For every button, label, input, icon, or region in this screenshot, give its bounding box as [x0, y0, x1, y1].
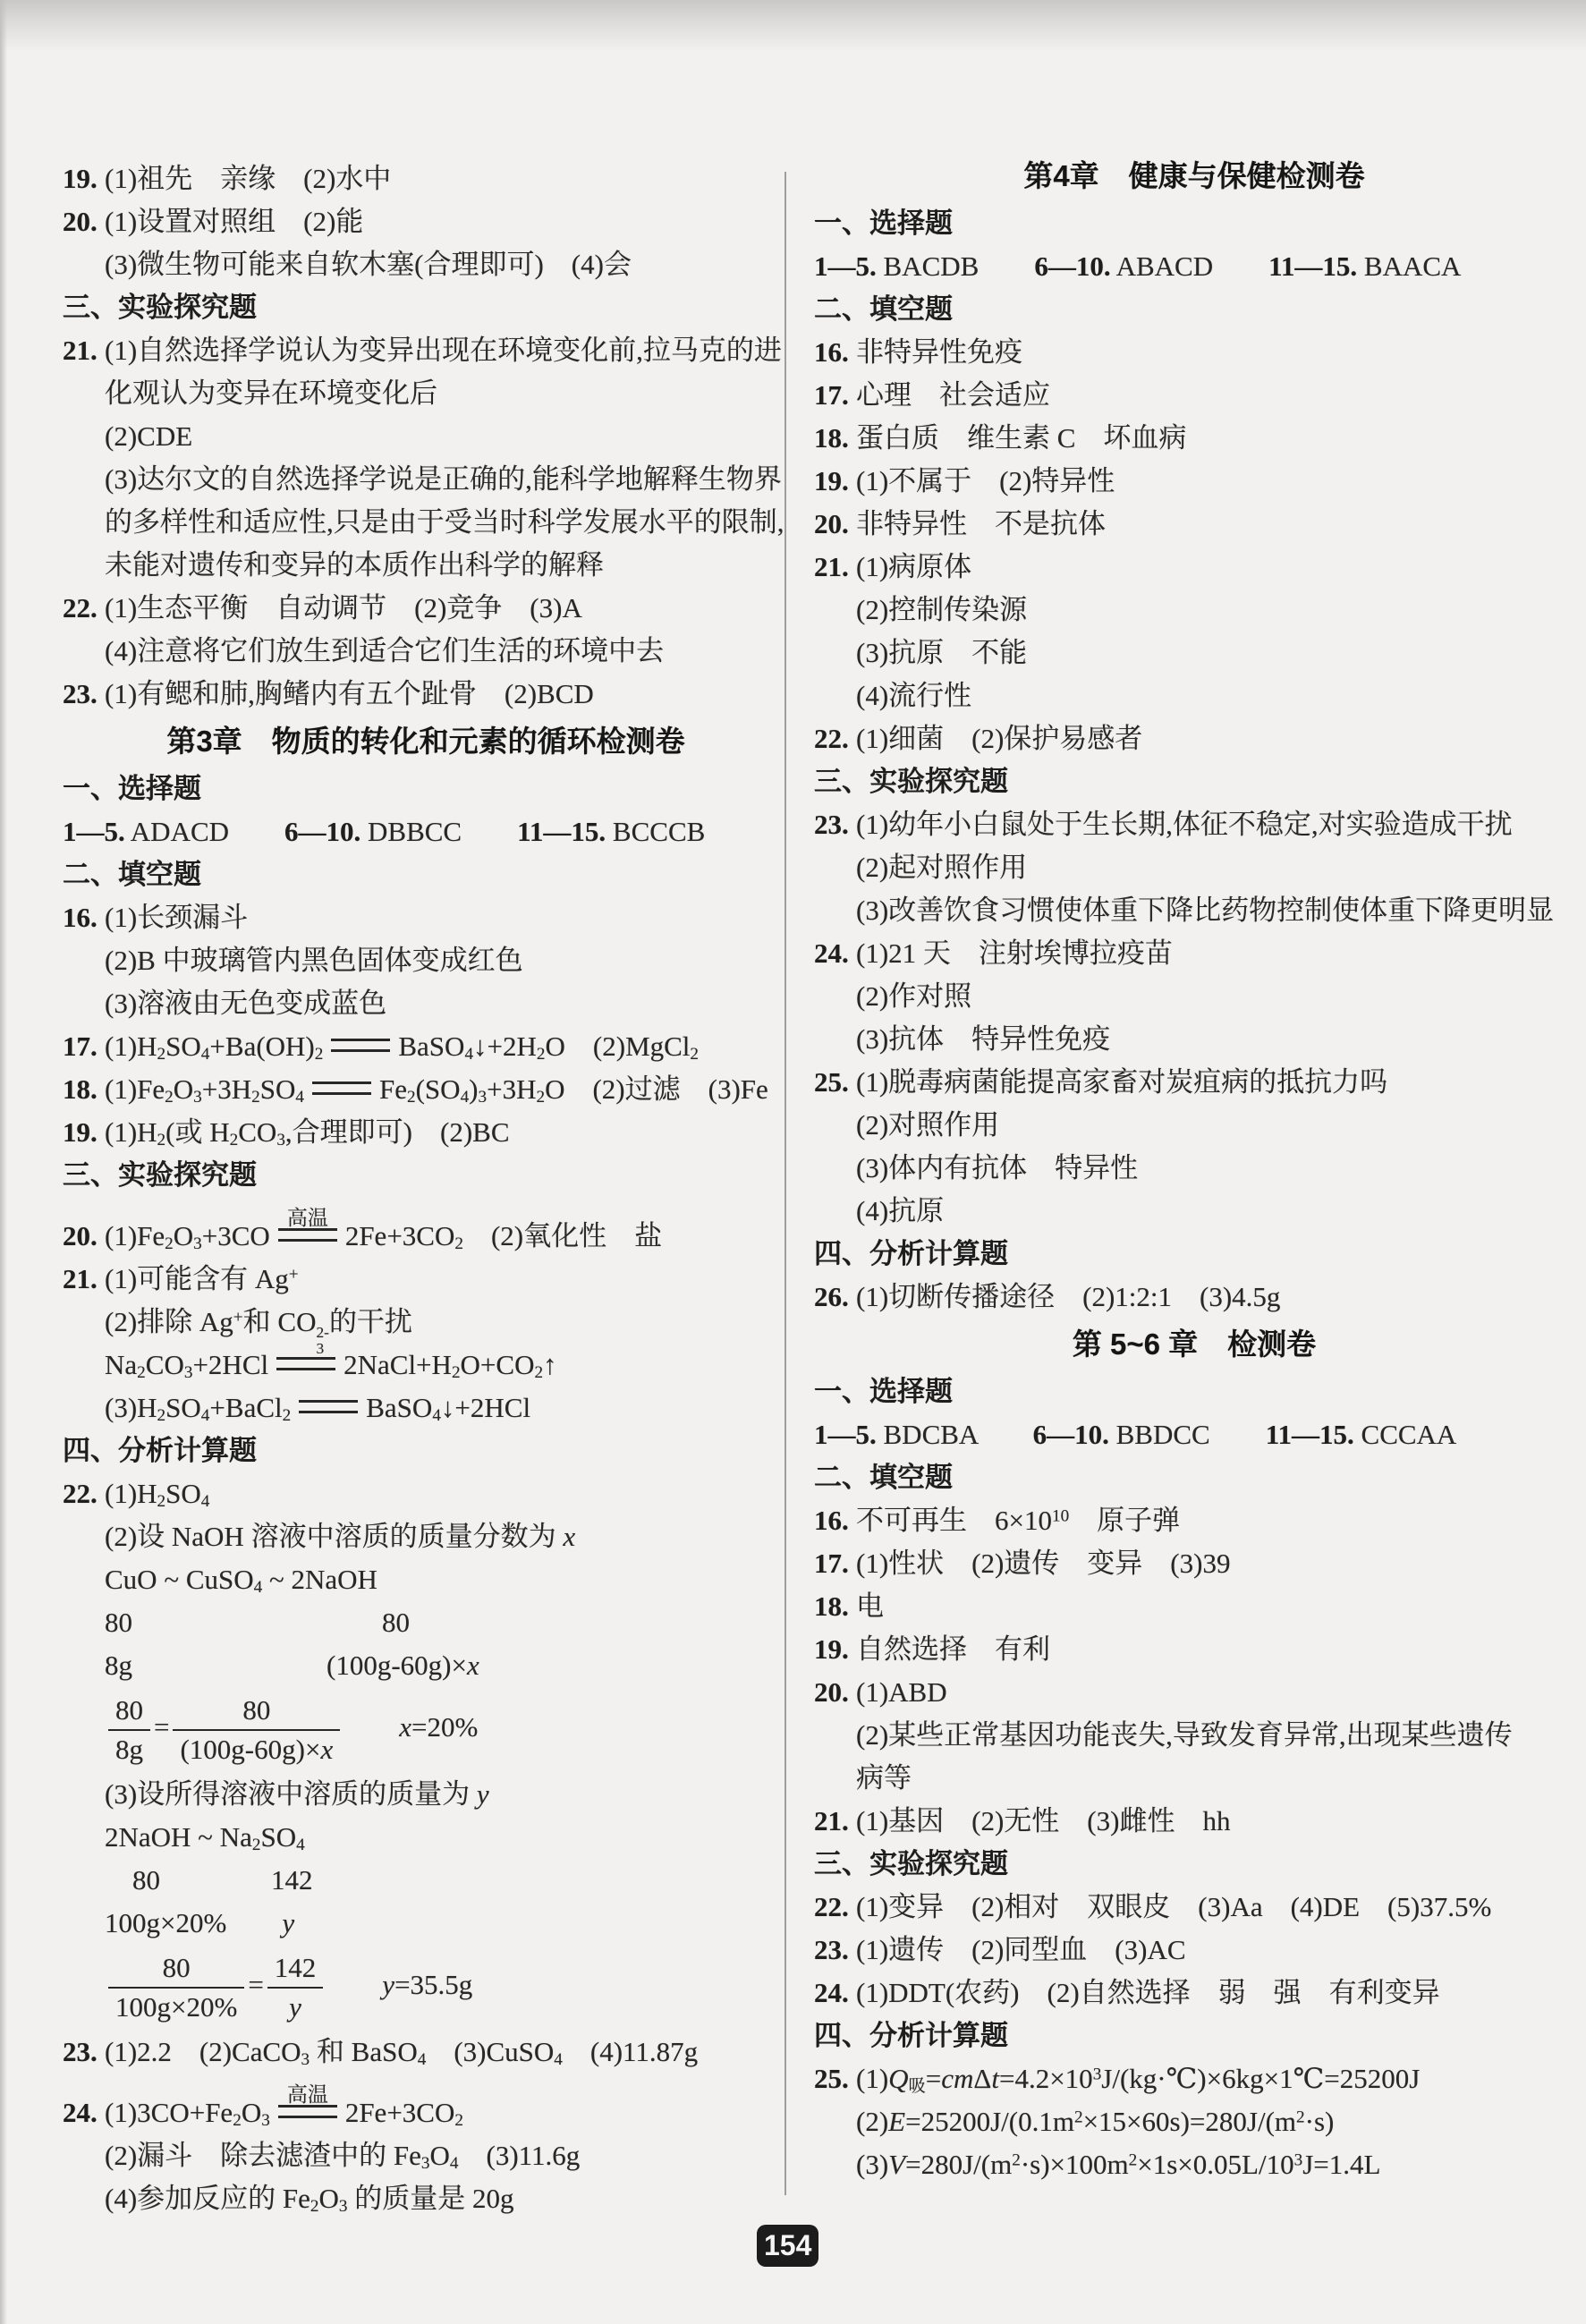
line-text: (1)幼年小白鼠处于生长期,体征不稳定,对实验造成干扰 [856, 809, 1513, 840]
double-equals-sign [299, 1400, 358, 1413]
line-text: 1—5. BACDB 6—10. ABACD 11—15. BAACA [814, 250, 1461, 282]
line-text: 二、填空题 [814, 1462, 953, 1493]
line-text: 四、分析计算题 [814, 1238, 1008, 1269]
item-number: 16. [814, 331, 849, 374]
answer-item: 21.(1)基因 (2)无性 (3)雌性 hh [814, 1800, 1574, 1843]
line-text: (1)有鳃和肺,胸鳍内有五个趾骨 (2)BCD [105, 678, 594, 709]
item-number: 26. [814, 1276, 849, 1319]
line-text: (1)病原体 [856, 551, 971, 582]
chapter-heading: 第 5~6 章 检测卷 [814, 1319, 1574, 1370]
double-equals-sign [312, 1081, 371, 1095]
answer-continuation-line: (3)抗原 不能 [814, 632, 1574, 674]
line-text: 第4章 健康与保健检测卷 [1023, 159, 1364, 192]
column-divider [785, 172, 786, 2195]
item-number: 21. [814, 1800, 849, 1843]
line-text: (4)流行性 [856, 680, 971, 711]
line-text: 未能对遗传和变异的本质作出科学的解释 [105, 549, 604, 581]
line-text: 心理 社会适应 [856, 379, 1050, 411]
item-number: 23. [63, 673, 98, 716]
line-text: (1)脱毒病菌能提高家畜对炭疽病的抵抗力吗 [856, 1066, 1387, 1098]
item-number: 17. [814, 374, 849, 417]
line-text: (2)漏斗 除去滤渣中的 Fe3O4 (3)11.6g [105, 2140, 580, 2171]
line-text: 一、选择题 [63, 773, 201, 804]
answer-item: 19.自然选择 有利 [814, 1628, 1574, 1671]
line-text: (1)长颈漏斗 [105, 902, 248, 933]
line-text: 三、实验探究题 [63, 1159, 257, 1191]
line-text: (2)E=25200J/(0.1m2×15×60s)=280J/(m2·s) [856, 2106, 1334, 2137]
double-equals-sign: 高温 [278, 1228, 337, 1242]
line-text: (3)抗原 不能 [856, 637, 1027, 668]
answer-item: 22.(1)变异 (2)相对 双眼皮 (3)Aa (4)DE (5)37.5% [814, 1886, 1574, 1929]
item-number: 23. [814, 1929, 849, 1972]
answer-item: 20.非特异性 不是抗体 [814, 503, 1574, 546]
line-text: 蛋白质 维生素 C 坏血病 [856, 422, 1186, 454]
answer-item: 25.(1)Q吸=cmΔt=4.2×103J/(kg·℃)×6kg×1℃=252… [814, 2057, 1574, 2100]
line-text: (1)自然选择学说认为变异出现在环境变化前,拉马克的进 [105, 335, 782, 366]
line-text: (2)起对照作用 [856, 852, 1027, 883]
answer-continuation-line: (2)B 中玻璃管内黑色固体变成红色 [63, 939, 789, 982]
line-text: (3)溶液由无色变成蓝色 [105, 988, 386, 1019]
answer-continuation-line: 的多样性和适应性,只是由于受当时科学发展水平的限制, [63, 501, 789, 544]
item-number: 18. [814, 1585, 849, 1628]
line-text: (3)抗体 特异性免疫 [856, 1023, 1110, 1055]
section-heading: 二、填空题 [814, 288, 1574, 331]
line-text: (2)CDE [105, 420, 192, 452]
line-text: 四、分析计算题 [63, 1435, 257, 1466]
answer-item: 20.(1)Fe2O3+3CO高温2Fe+3CO2 (2)氧化性 盐 [63, 1197, 789, 1258]
answer-continuation-line: 未能对遗传和变异的本质作出科学的解释 [63, 544, 789, 587]
line-text: (1)H2SO4 [105, 1478, 209, 1509]
answer-item: 19.(1)H2(或 H2CO3,合理即可) (2)BC [63, 1111, 789, 1154]
choice-answers-row: 1—5. ADACD 6—10. DBBCC 11—15. BCCCB [63, 810, 789, 853]
line-text: (3)达尔文的自然选择学说是正确的,能科学地解释生物界 [105, 463, 782, 495]
line-text: 非特异性免疫 [856, 336, 1022, 368]
answer-continuation-line: 80 142 [63, 1859, 789, 1902]
line-text: (3)微生物可能来自软木塞(合理即可) (4)会 [105, 249, 632, 280]
line-text: 非特异性 不是抗体 [856, 508, 1106, 539]
line-text: 三、实验探究题 [814, 1848, 1008, 1879]
line-text: 二、填空题 [63, 859, 201, 890]
line-text: (1)生态平衡 自动调节 (2)竞争 (3)A [105, 592, 582, 623]
answer-item: 18.蛋白质 维生素 C 坏血病 [814, 417, 1574, 460]
line-text: (1)变异 (2)相对 双眼皮 (3)Aa (4)DE (5)37.5% [856, 1891, 1491, 1922]
line-text: 自然选择 有利 [856, 1633, 1050, 1665]
answer-continuation-line: (2)设 NaOH 溶液中溶质的质量分数为 x [63, 1515, 789, 1558]
calculation-fraction-row: 80100g×20%=142y y=35.5g [63, 1945, 789, 2031]
answer-continuation-line: (3)达尔文的自然选择学说是正确的,能科学地解释生物界 [63, 458, 789, 501]
answer-continuation-line: (2)CDE [63, 415, 789, 458]
answer-item: 24.(1)DDT(农药) (2)自然选择 弱 强 有利变异 [814, 1972, 1574, 2014]
line-text: 电 [856, 1590, 884, 1622]
item-number: 25. [814, 1061, 849, 1104]
answer-item: 22.(1)生态平衡 自动调节 (2)竞争 (3)A [63, 587, 789, 630]
fraction: 80(100g-60g)×x [173, 1692, 340, 1768]
right-column: 第4章 健康与保健检测卷一、选择题1—5. BACDB 6—10. ABACD … [814, 150, 1574, 2186]
line-text: 三、实验探究题 [63, 292, 257, 323]
line-text: (1)遗传 (2)同型血 (3)AC [856, 1934, 1186, 1965]
answer-item: 19.(1)祖先 亲缘 (2)水中 [63, 157, 789, 200]
answer-continuation-line: (3)体内有抗体 特异性 [814, 1147, 1574, 1190]
line-text: 100g×20% y [105, 1907, 294, 1938]
item-number: 22. [814, 717, 849, 760]
left-column: 19.(1)祖先 亲缘 (2)水中20.(1)设置对照组 (2)能(3)微生物可… [63, 157, 789, 2220]
line-text: (1)基因 (2)无性 (3)雌性 hh [856, 1805, 1230, 1836]
answer-continuation-line: (3)抗体 特异性免疫 [814, 1018, 1574, 1061]
line-text: (3)体内有抗体 特异性 [856, 1152, 1138, 1183]
answer-continuation-line: (2)漏斗 除去滤渣中的 Fe3O4 (3)11.6g [63, 2134, 789, 2177]
answer-continuation-line: 80 80 [63, 1601, 789, 1644]
item-number: 23. [63, 2031, 98, 2074]
line-text: (1)细菌 (2)保护易感者 [856, 723, 1142, 754]
item-number: 16. [814, 1499, 849, 1542]
choice-answers-row: 1—5. BACDB 6—10. ABACD 11—15. BAACA [814, 245, 1574, 288]
line-text: 化观认为变异在环境变化后 [105, 377, 437, 409]
line-text: (1)H2(或 H2CO3,合理即可) (2)BC [105, 1116, 510, 1148]
line-text: 2NaOH ~ Na2SO4 [105, 1821, 305, 1853]
answer-continuation-line: (4)注意将它们放生到适合它们生活的环境中去 [63, 630, 789, 673]
reaction-condition-label: 高温 [287, 2084, 328, 2105]
item-number: 21. [63, 1258, 98, 1301]
answer-continuation-line: (2)控制传染源 [814, 589, 1574, 632]
line-text: 一、选择题 [814, 208, 953, 239]
line-text: (1)Q吸=cmΔt=4.2×103J/(kg·℃)×6kg×1℃=25200J [856, 2063, 1420, 2094]
line-text: 四、分析计算题 [814, 2020, 1008, 2051]
line-text: CuO ~ CuSO4 ~ 2NaOH [105, 1564, 377, 1595]
section-heading: 三、实验探究题 [63, 286, 789, 329]
answer-item: 17.(1)性状 (2)遗传 变异 (3)39 [814, 1542, 1574, 1585]
answer-continuation-line: (2)某些正常基因功能丧失,导致发育异常,出现某些遗传 [814, 1714, 1574, 1757]
line-text: (1)切断传播途径 (2)1:2:1 (3)4.5g [856, 1281, 1280, 1312]
item-number: 24. [63, 2091, 98, 2134]
line-text: 8g (100g-60g)×x [105, 1650, 479, 1681]
line-text: 第 5~6 章 检测卷 [1073, 1327, 1316, 1361]
item-number: 25. [814, 2057, 849, 2100]
page-number-badge: 154 [757, 2225, 818, 2267]
line-text: (1)Fe2O3+3CO高温2Fe+3CO2 (2)氧化性 盐 [105, 1215, 662, 1258]
answer-item: 26.(1)切断传播途径 (2)1:2:1 (3)4.5g [814, 1276, 1574, 1319]
answer-item: 22.(1)细菌 (2)保护易感者 [814, 717, 1574, 760]
section-heading: 二、填空题 [814, 1456, 1574, 1499]
answer-item: 20.(1)设置对照组 (2)能 [63, 200, 789, 243]
item-number: 20. [814, 1671, 849, 1714]
line-text: 的多样性和适应性,只是由于受当时科学发展水平的限制, [105, 506, 785, 538]
item-number: 16. [63, 896, 98, 939]
item-number: 18. [814, 417, 849, 460]
line-text: (3)设所得溶液中溶质的质量为 y [105, 1778, 489, 1810]
answer-continuation-line: (3)溶液由无色变成蓝色 [63, 982, 789, 1025]
line-text: (1)3CO+Fe2O3高温2Fe+3CO2 [105, 2091, 463, 2134]
answer-item: 19.(1)不属于 (2)特异性 [814, 460, 1574, 503]
item-number: 19. [814, 1628, 849, 1671]
answer-continuation-line: (2)对照作用 [814, 1104, 1574, 1147]
answer-continuation-line: 化观认为变异在环境变化后 [63, 372, 789, 415]
answer-item: 22.(1)H2SO4 [63, 1472, 789, 1515]
answer-continuation-line: (3)V=280J/(m2·s)×100m2×1s×0.05L/103J=1.4… [814, 2143, 1574, 2186]
line-text: (1)ABD [856, 1676, 947, 1708]
double-equals-sign [276, 1357, 335, 1370]
line-text: 第3章 物质的转化和元素的循环检测卷 [166, 725, 684, 758]
answer-continuation-line: (3)改善饮食习惯使体重下降比药物控制使体重下降更明显 [814, 889, 1574, 932]
line-text: 1—5. ADACD 6—10. DBBCC 11—15. BCCCB [63, 816, 705, 847]
item-number: 22. [63, 1472, 98, 1515]
item-number: 19. [63, 157, 98, 200]
item-number: 20. [63, 200, 98, 243]
line-text: 80 142 [105, 1864, 313, 1896]
item-number: 20. [63, 1215, 98, 1258]
answer-item: 23.(1)遗传 (2)同型血 (3)AC [814, 1929, 1574, 1972]
line-text: (2)对照作用 [856, 1109, 999, 1141]
double-equals-sign: 高温 [278, 2105, 337, 2118]
answer-item: 18.(1)Fe2O3+3H2SO4Fe2(SO4)3+3H2O (2)过滤 (… [63, 1068, 789, 1111]
answer-item: 20.(1)ABD [814, 1671, 1574, 1714]
fraction: 808g [108, 1692, 150, 1768]
answer-continuation-line: (4)流行性 [814, 674, 1574, 717]
line-text: 1—5. BDCBA 6—10. BBDCC 11—15. CCCAA [814, 1419, 1456, 1450]
answer-key-page: 19.(1)祖先 亲缘 (2)水中20.(1)设置对照组 (2)能(3)微生物可… [0, 0, 1586, 2324]
line-text: 病等 [856, 1762, 912, 1794]
answer-continuation-line: (2)E=25200J/(0.1m2×15×60s)=280J/(m2·s) [814, 2100, 1574, 2143]
answer-continuation-line: Na2CO3+2HCl2NaCl+H2O+CO2↑ [63, 1344, 789, 1387]
fraction: 80100g×20% [108, 1949, 244, 2026]
section-heading: 一、选择题 [814, 1370, 1574, 1413]
section-heading: 四、分析计算题 [63, 1429, 789, 1472]
line-text: (3)V=280J/(m2·s)×100m2×1s×0.05L/103J=1.4… [856, 2149, 1380, 2180]
item-number: 23. [814, 803, 849, 846]
answer-item: 16.非特异性免疫 [814, 331, 1574, 374]
answer-continuation-line: (3)H2SO4+BaCl2BaSO4↓+2HCl [63, 1387, 789, 1429]
item-number: 22. [63, 587, 98, 630]
answer-item: 24.(1)21 天 注射埃博拉疫苗 [814, 932, 1574, 975]
line-text: Na2CO3+2HCl2NaCl+H2O+CO2↑ [105, 1349, 557, 1380]
item-number: 19. [814, 460, 849, 503]
reaction-condition-label: 高温 [287, 1208, 328, 1228]
line-text: (1)Fe2O3+3H2SO4Fe2(SO4)3+3H2O (2)过滤 (3)F… [105, 1073, 768, 1105]
section-heading: 四、分析计算题 [814, 1233, 1574, 1276]
line-text: (1)21 天 注射埃博拉疫苗 [856, 937, 1173, 969]
section-heading: 三、实验探究题 [814, 1843, 1574, 1886]
line-text: (1)H2SO4+Ba(OH)2BaSO4↓+2H2O (2)MgCl2 [105, 1031, 699, 1062]
choice-answers-row: 1—5. BDCBA 6—10. BBDCC 11—15. CCCAA [814, 1413, 1574, 1456]
item-number: 21. [814, 546, 849, 589]
answer-item: 23.(1)幼年小白鼠处于生长期,体征不稳定,对实验造成干扰 [814, 803, 1574, 846]
line-text: (1)DDT(农药) (2)自然选择 弱 强 有利变异 [856, 1977, 1440, 2008]
line-text: (4)注意将它们放生到适合它们生活的环境中去 [105, 635, 664, 666]
calculation-fraction-row: 808g=80(100g-60g)×x x=20% [63, 1687, 789, 1773]
answer-item: 18.电 [814, 1585, 1574, 1628]
answer-item: 21.(1)病原体 [814, 546, 1574, 589]
line-text: (3)改善饮食习惯使体重下降比药物控制使体重下降更明显 [856, 895, 1554, 926]
line-text: (2)控制传染源 [856, 594, 1027, 625]
item-number: 20. [814, 503, 849, 546]
line-text: (1)2.2 (2)CaCO3 和 BaSO4 (3)CuSO4 (4)11.8… [105, 2036, 698, 2067]
item-number: 21. [63, 329, 98, 372]
item-number: 17. [63, 1025, 98, 1068]
line-text: 不可再生 6×1010 原子弹 [856, 1505, 1180, 1536]
fraction: 142y [267, 1949, 324, 2026]
item-number: 24. [814, 1972, 849, 2014]
answer-continuation-line: 病等 [814, 1757, 1574, 1800]
answer-continuation-line: (4)参加反应的 Fe2O3 的质量是 20g [63, 2177, 789, 2220]
item-number: 24. [814, 932, 849, 975]
line-text: 80100g×20%=142y y=35.5g [105, 1949, 472, 2026]
line-text: (1)设置对照组 (2)能 [105, 206, 363, 237]
answer-continuation-line: (3)设所得溶液中溶质的质量为 y [63, 1773, 789, 1816]
answer-item: 17.心理 社会适应 [814, 374, 1574, 417]
section-heading: 一、选择题 [814, 202, 1574, 245]
answer-item: 16.不可再生 6×1010 原子弹 [814, 1499, 1574, 1542]
answer-continuation-line: CuO ~ CuSO4 ~ 2NaOH [63, 1558, 789, 1601]
answer-continuation-line: (3)微生物可能来自软木塞(合理即可) (4)会 [63, 243, 789, 286]
answer-continuation-line: 2NaOH ~ Na2SO4 [63, 1816, 789, 1859]
section-heading: 二、填空题 [63, 853, 789, 896]
answer-item: 21.(1)自然选择学说认为变异出现在环境变化前,拉马克的进 [63, 329, 789, 372]
line-text: (1)性状 (2)遗传 变异 (3)39 [856, 1548, 1230, 1579]
answer-item: 23.(1)有鳃和肺,胸鳍内有五个趾骨 (2)BCD [63, 673, 789, 716]
item-number: 17. [814, 1542, 849, 1585]
answer-continuation-line: (4)抗原 [814, 1190, 1574, 1233]
section-heading: 三、实验探究题 [63, 1154, 789, 1197]
answer-item: 16.(1)长颈漏斗 [63, 896, 789, 939]
answer-continuation-line: (2)作对照 [814, 975, 1574, 1018]
item-number: 19. [63, 1111, 98, 1154]
item-number: 22. [814, 1886, 849, 1929]
answer-continuation-line: 100g×20% y [63, 1902, 789, 1945]
line-text: 二、填空题 [814, 293, 953, 325]
line-text: (1)不属于 (2)特异性 [856, 465, 1115, 496]
answer-continuation-line: 8g (100g-60g)×x [63, 1644, 789, 1687]
line-text: 80 80 [105, 1607, 410, 1638]
answer-continuation-line: (2)排除 Ag+和 CO2-3的干扰 [63, 1301, 789, 1344]
line-text: (2)作对照 [856, 980, 971, 1012]
double-equals-sign [331, 1039, 390, 1052]
answer-continuation-line: (2)起对照作用 [814, 846, 1574, 889]
line-text: 808g=80(100g-60g)×x x=20% [105, 1692, 478, 1768]
answer-item: 17.(1)H2SO4+Ba(OH)2BaSO4↓+2H2O (2)MgCl2 [63, 1025, 789, 1068]
chapter-heading: 第4章 健康与保健检测卷 [814, 150, 1574, 202]
answer-item: 25.(1)脱毒病菌能提高家畜对炭疽病的抵抗力吗 [814, 1061, 1574, 1104]
line-text: (2)B 中玻璃管内黑色固体变成红色 [105, 945, 523, 976]
answer-item: 21.(1)可能含有 Ag+ [63, 1258, 789, 1301]
section-heading: 三、实验探究题 [814, 760, 1574, 803]
section-heading: 四、分析计算题 [814, 2014, 1574, 2057]
answer-item: 23.(1)2.2 (2)CaCO3 和 BaSO4 (3)CuSO4 (4)1… [63, 2031, 789, 2074]
line-text: (1)祖先 亲缘 (2)水中 [105, 163, 391, 194]
line-text: 一、选择题 [814, 1376, 953, 1407]
answer-item: 24.(1)3CO+Fe2O3高温2Fe+3CO2 [63, 2074, 789, 2134]
line-text: (3)H2SO4+BaCl2BaSO4↓+2HCl [105, 1392, 530, 1423]
line-text: 三、实验探究题 [814, 766, 1008, 797]
chapter-heading: 第3章 物质的转化和元素的循环检测卷 [63, 716, 789, 768]
line-text: (2)某些正常基因功能丧失,导致发育异常,出现某些遗传 [856, 1719, 1513, 1751]
line-text: (4)参加反应的 Fe2O3 的质量是 20g [105, 2183, 514, 2214]
line-text: (1)可能含有 Ag+ [105, 1263, 299, 1294]
line-text: (2)排除 Ag+和 CO2-3的干扰 [105, 1306, 412, 1337]
item-number: 18. [63, 1068, 98, 1111]
line-text: (4)抗原 [856, 1195, 944, 1226]
line-text: (2)设 NaOH 溶液中溶质的质量分数为 x [105, 1521, 575, 1552]
section-heading: 一、选择题 [63, 768, 789, 810]
